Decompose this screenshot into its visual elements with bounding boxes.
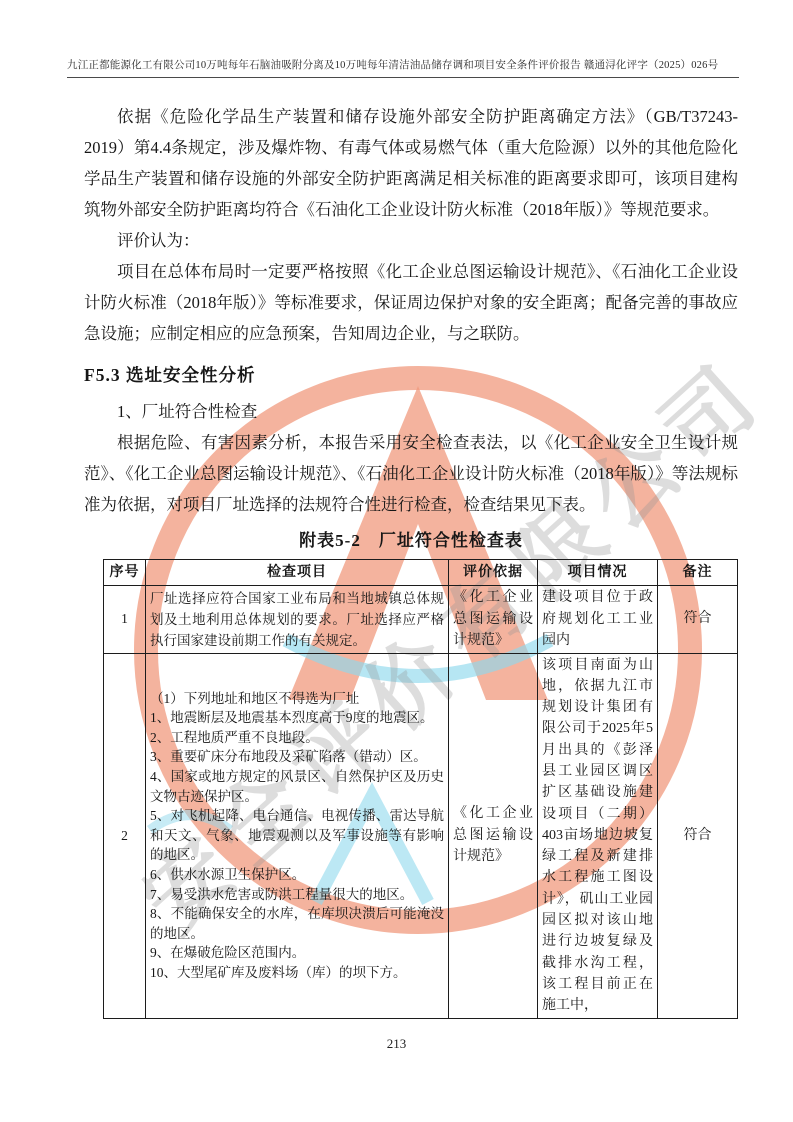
paragraph-evaluation-lead: 评价认为： [84,225,738,256]
row1-check-item: 厂址选择应符合国家工业布局和当地城镇总体规划及土地利用总体规划的要求。厂址选择应… [146,586,449,654]
paragraph-safety-distance: 依据《危险化学品生产装置和储存设施外部安全防护距离确定方法》（GB/T37243… [84,101,738,225]
site-compliance-check-table: 序号 检查项目 评价依据 项目情况 备注 1 厂址选择应符合国家工业布局和当地城… [103,559,738,1019]
paragraph-check-method: 根据危险、有害因素分析，本报告采用安全检查表法，以《化工企业安全卫生设计规范》、… [84,427,738,520]
section-heading-f53: F5.3 选址安全性分析 [84,360,738,390]
row1-no: 1 [104,586,146,654]
header-text: 九江正都能源化工有限公司10万吨每年石脑油吸附分离及10万吨每年清洁油品储存调和… [67,60,718,71]
paragraph-evaluation-opinion: 项目在总体布局时一定要严格按照《化工企业总图运输设计规范》、《石油化工企业设计防… [84,256,738,349]
table-header-row: 序号 检查项目 评价依据 项目情况 备注 [104,560,738,586]
column-header-note: 备注 [658,560,738,586]
row1-basis: 《化工企业总图运输设计规范》 [449,586,538,654]
page-header: 九江正都能源化工有限公司10万吨每年石脑油吸附分离及10万吨每年清洁油品储存调和… [67,57,739,78]
column-header-check-item: 检查项目 [146,560,449,586]
column-header-situation: 项目情况 [538,560,658,586]
row2-basis: 《化工企业总图运输设计规范》 [449,653,538,1018]
column-header-basis: 评价依据 [449,560,538,586]
table-title: 附表5-2 厂址符合性检查表 [84,525,738,556]
row1-situation: 建设项目位于政府规划化工工业园内 [538,586,658,654]
row2-check-item: （1）下列地址和地区不得选为厂址 1、地震断层及地震基本烈度高于9度的地震区。 … [146,653,449,1018]
sub-heading-site-check: 1、厂址符合性检查 [84,396,738,427]
row2-situation: 该项目南面为山地，依据九江市规划设计集团有限公司于2025年5月出具的《彭泽县工… [538,653,658,1018]
table-row: 2 （1）下列地址和地区不得选为厂址 1、地震断层及地震基本烈度高于9度的地震区… [104,653,738,1018]
table-row: 1 厂址选择应符合国家工业布局和当地城镇总体规划及土地利用总体规划的要求。厂址选… [104,586,738,654]
row2-note: 符合 [658,653,738,1018]
page-footer: 213 [0,1036,793,1052]
document-page: 安全评价有限公司 九江正都能源化工有限公司10万吨每年石脑油吸附分离及10万吨每… [0,0,793,1122]
row2-no: 2 [104,653,146,1018]
document-body: 依据《危险化学品生产装置和储存设施外部安全防护距离确定方法》（GB/T37243… [84,101,738,1019]
column-header-no: 序号 [104,560,146,586]
row1-note: 符合 [658,586,738,654]
page-number: 213 [387,1036,407,1051]
